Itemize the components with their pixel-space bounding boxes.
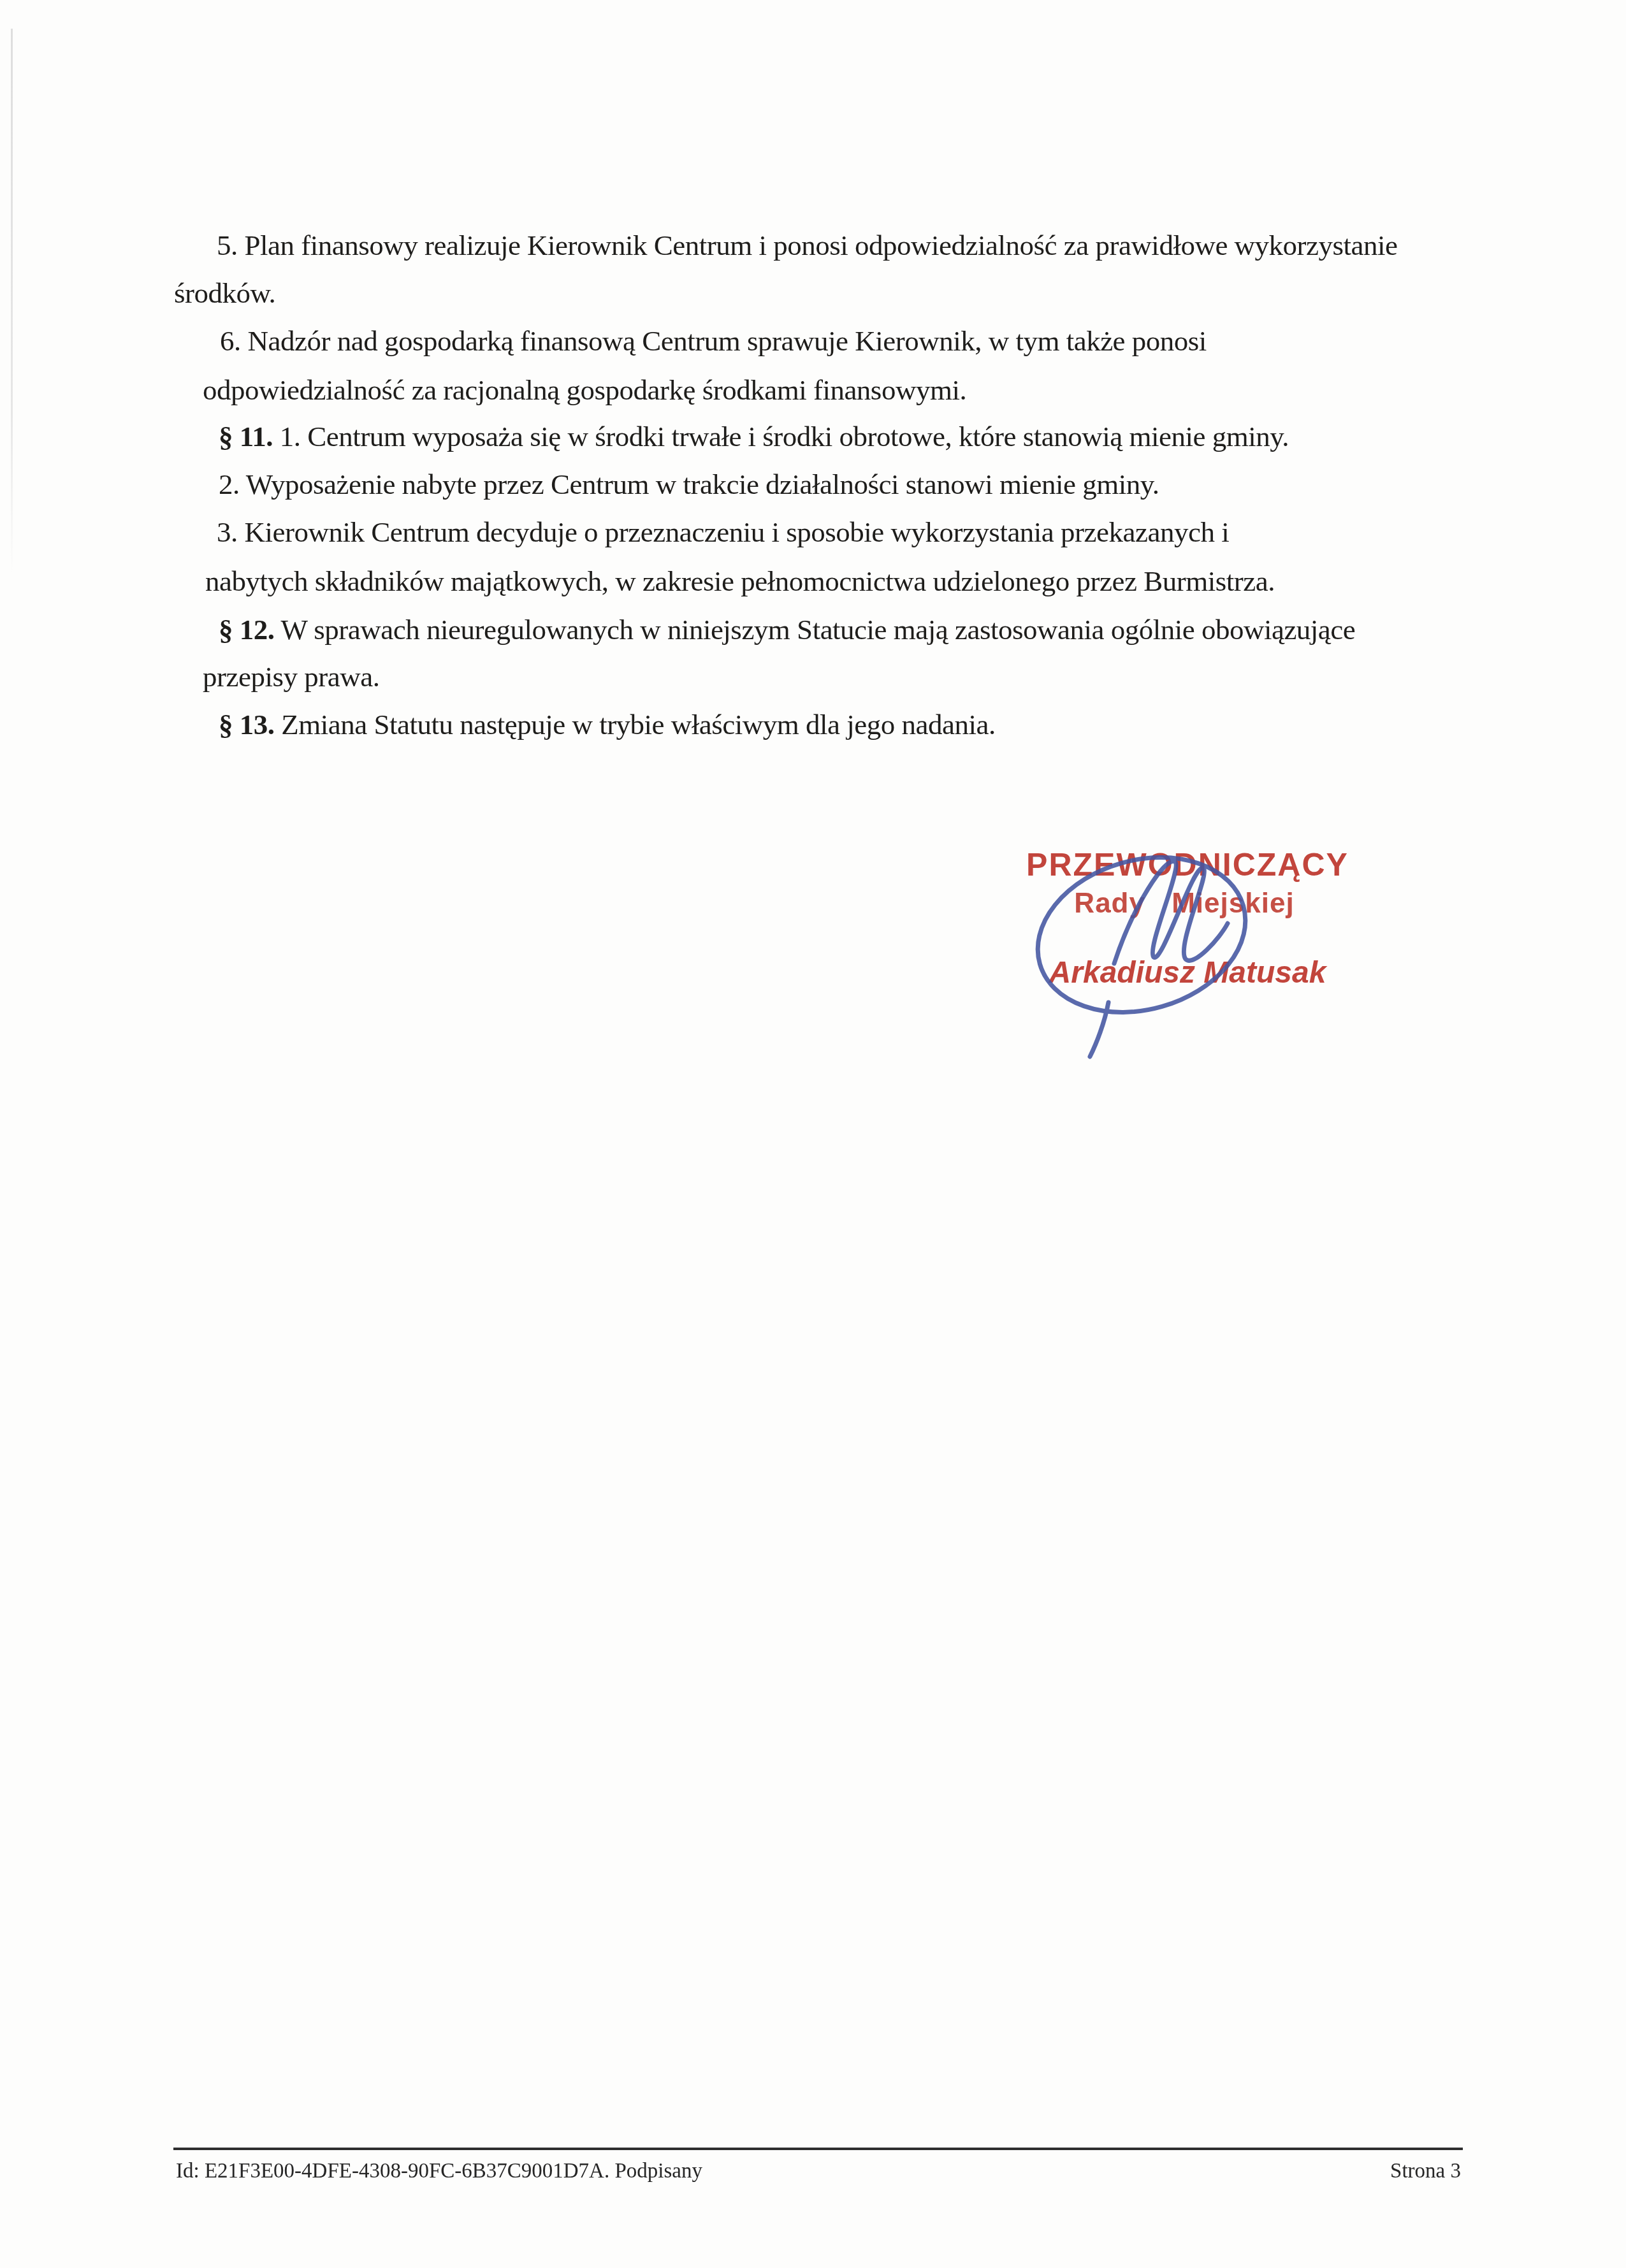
body-line: 3. Kierownik Centrum decyduje o przeznac… [217,518,1229,547]
paragraph-text: 6. Nadzór nad gospodarką finansową Centr… [220,325,1207,357]
body-line: odpowiedzialność za racjonalną gospodark… [203,376,966,405]
document-page: 5. Plan finansowy realizuje Kierownik Ce… [0,0,1626,2268]
body-line: § 12. W sprawach nieuregulowanych w nini… [219,616,1355,644]
body-line: przepisy prawa. [203,663,379,691]
paragraph-text: przepisy prawa. [203,661,379,693]
paragraph-text: środków. [174,277,275,309]
handwritten-signature-icon [1007,835,1313,1090]
footer-page-number: Strona 3 [1390,2159,1461,2185]
paragraph-number: § 13. [219,709,275,740]
body-line: 2. Wyposażenie nabyte przez Centrum w tr… [219,470,1159,499]
paragraph-number: § 12. [219,614,275,646]
paragraph-text: odpowiedzialność za racjonalną gospodark… [203,374,966,406]
body-line: 5. Plan finansowy realizuje Kierownik Ce… [217,231,1398,260]
paragraph-text: 3. Kierownik Centrum decyduje o przeznac… [217,516,1229,548]
paragraph-text: Zmiana Statutu następuje w trybie właści… [275,709,996,740]
footer-divider [173,2148,1463,2150]
paragraph-text: 5. Plan finansowy realizuje Kierownik Ce… [217,229,1398,261]
paragraph-text: nabytych składników majątkowych, w zakre… [205,565,1275,597]
body-line: 6. Nadzór nad gospodarką finansową Centr… [220,327,1207,356]
body-line: środków. [174,279,275,308]
paragraph-number: § 11. [219,421,273,452]
paragraph-text: 2. Wyposażenie nabyte przez Centrum w tr… [219,468,1159,500]
paragraph-text: W sprawach nieuregulowanych w niniejszym… [275,614,1356,646]
body-line: § 11. 1. Centrum wyposaża się w środki t… [219,423,1289,451]
body-line: § 13. Zmiana Statutu następuje w trybie … [219,711,996,739]
body-line: nabytych składników majątkowych, w zakre… [205,567,1275,596]
footer-document-id: Id: E21F3E00-4DFE-4308-90FC-6B37C9001D7A… [176,2159,702,2185]
paragraph-text: 1. Centrum wyposaża się w środki trwałe … [273,421,1289,452]
scan-edge-artifact [11,29,13,574]
